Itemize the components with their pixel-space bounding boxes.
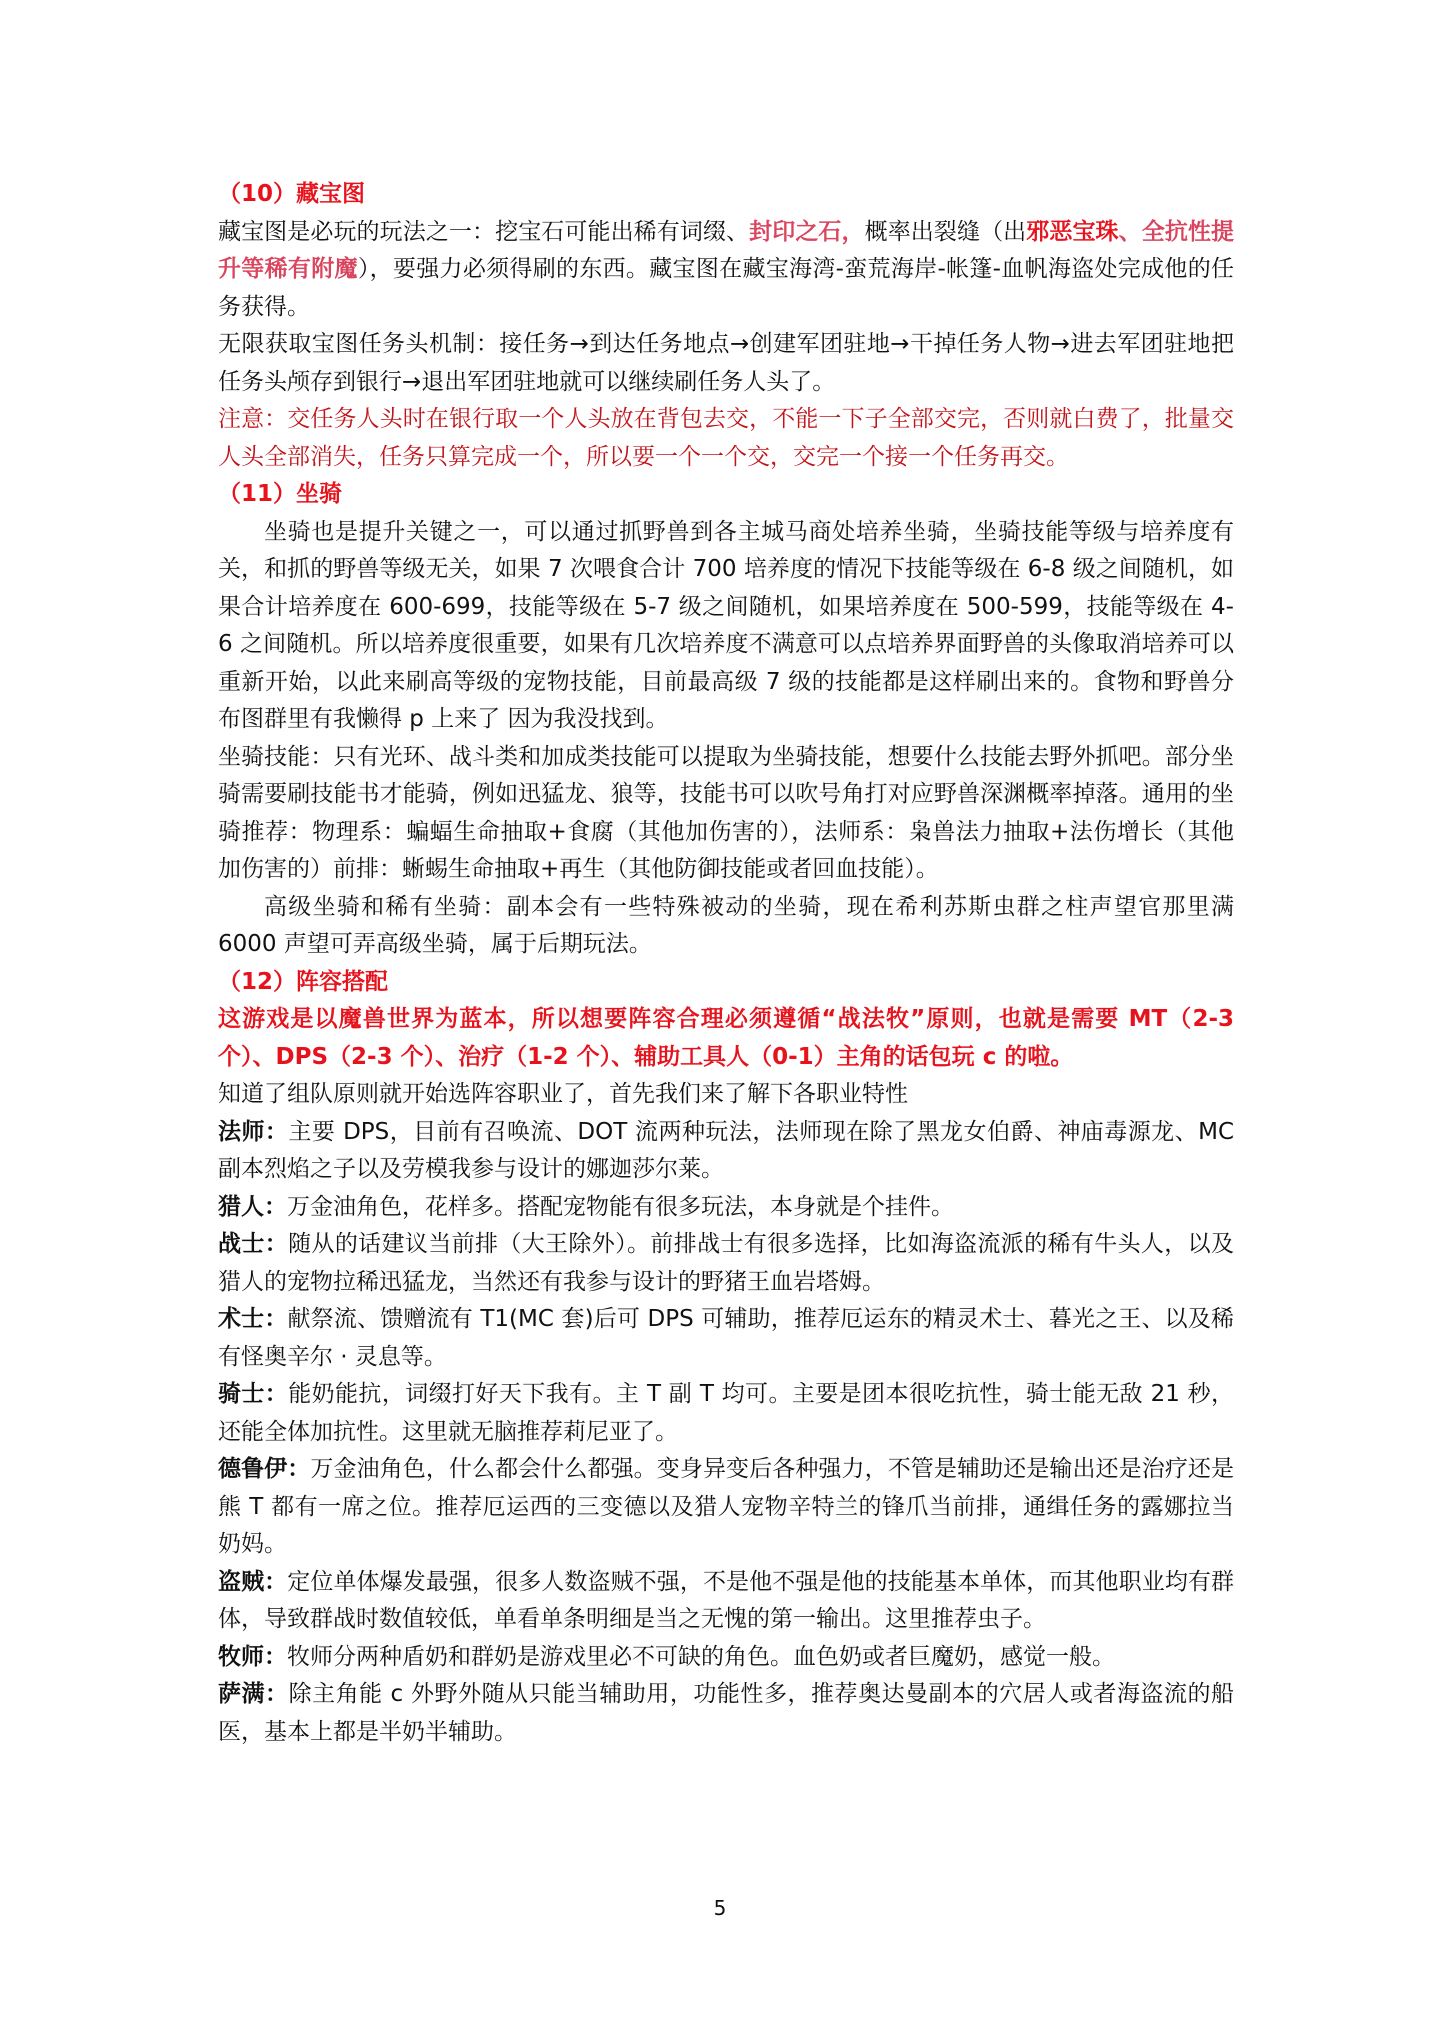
infinite-quest-paragraph: 无限获取宝图任务头机制：接任务→到达任务地点→创建军团驻地→干掉任务人物→进去军… bbox=[218, 326, 1234, 401]
lineup-intro: 知道了组队原则就开始选阵容职业了，首先我们来了解下各职业特性 bbox=[218, 1076, 1234, 1114]
page-number: 5 bbox=[0, 1896, 1440, 1920]
class-desc: 万金油角色，什么都会什么都强。变身异变后各种强力，不管是辅助还是输出还是治疗还是… bbox=[218, 1456, 1234, 1557]
class-warrior: 战士：随从的话建议当前排（大王除外）。前排战士有很多选择，比如海盗流派的稀有牛头… bbox=[218, 1226, 1234, 1301]
class-label: 战士： bbox=[218, 1231, 288, 1257]
class-druid: 德鲁伊：万金油角色，什么都会什么都强。变身异变后各种强力，不管是辅助还是输出还是… bbox=[218, 1451, 1234, 1564]
class-label: 牧师： bbox=[218, 1644, 287, 1670]
class-desc: 随从的话建议当前排（大王除外）。前排战士有很多选择，比如海盗流派的稀有牛头人，以… bbox=[218, 1231, 1234, 1295]
class-desc: 定位单体爆发最强，很多人数盗贼不强，不是他不强是他的技能基本单体，而其他职业均有… bbox=[218, 1569, 1234, 1633]
class-label: 骑士： bbox=[218, 1381, 288, 1407]
class-desc: 万金油角色，花样多。搭配宠物能有很多玩法，本身就是个挂件。 bbox=[287, 1194, 954, 1220]
class-hunter: 猎人：万金油角色，花样多。搭配宠物能有很多玩法，本身就是个挂件。 bbox=[218, 1189, 1234, 1227]
mounts-paragraph-2: 坐骑技能：只有光环、战斗类和加成类技能可以提取为坐骑技能，想要什么技能去野外抓吧… bbox=[218, 739, 1234, 889]
class-mage: 法师：主要 DPS，目前有召唤流、DOT 流两种玩法，法师现在除了黑龙女伯爵、神… bbox=[218, 1114, 1234, 1189]
class-desc: 献祭流、馈赠流有 T1(MC 套)后可 DPS 可辅助，推荐厄运东的精灵术士、暮… bbox=[218, 1306, 1234, 1370]
class-rogue: 盗贼：定位单体爆发最强，很多人数盗贼不强，不是他不强是他的技能基本单体，而其他职… bbox=[218, 1564, 1234, 1639]
section-heading-lineup: （12）阵容搭配 bbox=[218, 964, 1234, 1002]
treasure-map-paragraph: 藏宝图是必玩的玩法之一：挖宝石可能出稀有词缀、封印之石，概率出裂缝（出邪恶宝珠、… bbox=[218, 214, 1234, 327]
class-label: 猎人： bbox=[218, 1194, 287, 1220]
class-desc: 能奶能抗，词缀打好天下我有。主 T 副 T 均可。主要是团本很吃抗性，骑士能无敌… bbox=[218, 1381, 1234, 1445]
class-label: 萨满： bbox=[218, 1681, 289, 1707]
class-label: 盗贼： bbox=[218, 1569, 287, 1595]
class-shaman: 萨满：除主角能 c 外野外随从只能当辅助用，功能性多，推荐奥达曼副本的穴居人或者… bbox=[218, 1676, 1234, 1751]
text-run: 藏宝图是必玩的玩法之一：挖宝石可能出稀有词缀、 bbox=[218, 219, 749, 245]
class-label: 术士： bbox=[218, 1306, 288, 1332]
class-warlock: 术士：献祭流、馈赠流有 T1(MC 套)后可 DPS 可辅助，推荐厄运东的精灵术… bbox=[218, 1301, 1234, 1376]
text-run: 概率出裂缝（出 bbox=[865, 219, 1027, 245]
class-paladin: 骑士：能奶能抗，词缀打好天下我有。主 T 副 T 均可。主要是团本很吃抗性，骑士… bbox=[218, 1376, 1234, 1451]
class-desc: 主要 DPS，目前有召唤流、DOT 流两种玩法，法师现在除了黑龙女伯爵、神庙毒源… bbox=[218, 1119, 1234, 1183]
class-label: 法师： bbox=[218, 1119, 288, 1145]
highlight-seal-stone: 封印之石， bbox=[749, 219, 864, 245]
section-heading-treasure-map: （10）藏宝图 bbox=[218, 176, 1234, 214]
mounts-paragraph-1: 坐骑也是提升关键之一，可以通过抓野兽到各主城马商处培养坐骑，坐骑技能等级与培养度… bbox=[218, 514, 1234, 739]
document-page: （10）藏宝图 藏宝图是必玩的玩法之一：挖宝石可能出稀有词缀、封印之石，概率出裂… bbox=[218, 176, 1234, 1751]
text-run: ），要强力必须得刷的东西。藏宝图在藏宝海湾-蛮荒海岸-帐篷-血帆海盗处完成他的任… bbox=[218, 256, 1234, 320]
warning-note: 注意：交任务人头时在银行取一个人头放在背包去交，不能一下子全部交完，否则就白费了… bbox=[218, 401, 1234, 476]
lineup-principle: 这游戏是以魔兽世界为蓝本，所以想要阵容合理必须遵循“战法牧”原则，也就是需要 M… bbox=[218, 1001, 1234, 1076]
mounts-paragraph-3: 高级坐骑和稀有坐骑：副本会有一些特殊被动的坐骑，现在希利苏斯虫群之柱声望官那里满… bbox=[218, 889, 1234, 964]
class-priest: 牧师：牧师分两种盾奶和群奶是游戏里必不可缺的角色。血色奶或者巨魔奶，感觉一般。 bbox=[218, 1639, 1234, 1677]
class-desc: 除主角能 c 外野外随从只能当辅助用，功能性多，推荐奥达曼副本的穴居人或者海盗流… bbox=[218, 1681, 1234, 1745]
section-heading-mounts: （11）坐骑 bbox=[218, 476, 1234, 514]
class-label: 德鲁伊： bbox=[218, 1456, 310, 1482]
class-desc: 牧师分两种盾奶和群奶是游戏里必不可缺的角色。血色奶或者巨魔奶，感觉一般。 bbox=[287, 1644, 1115, 1670]
highlight-evil-orb: 邪恶宝珠 bbox=[1026, 219, 1118, 245]
